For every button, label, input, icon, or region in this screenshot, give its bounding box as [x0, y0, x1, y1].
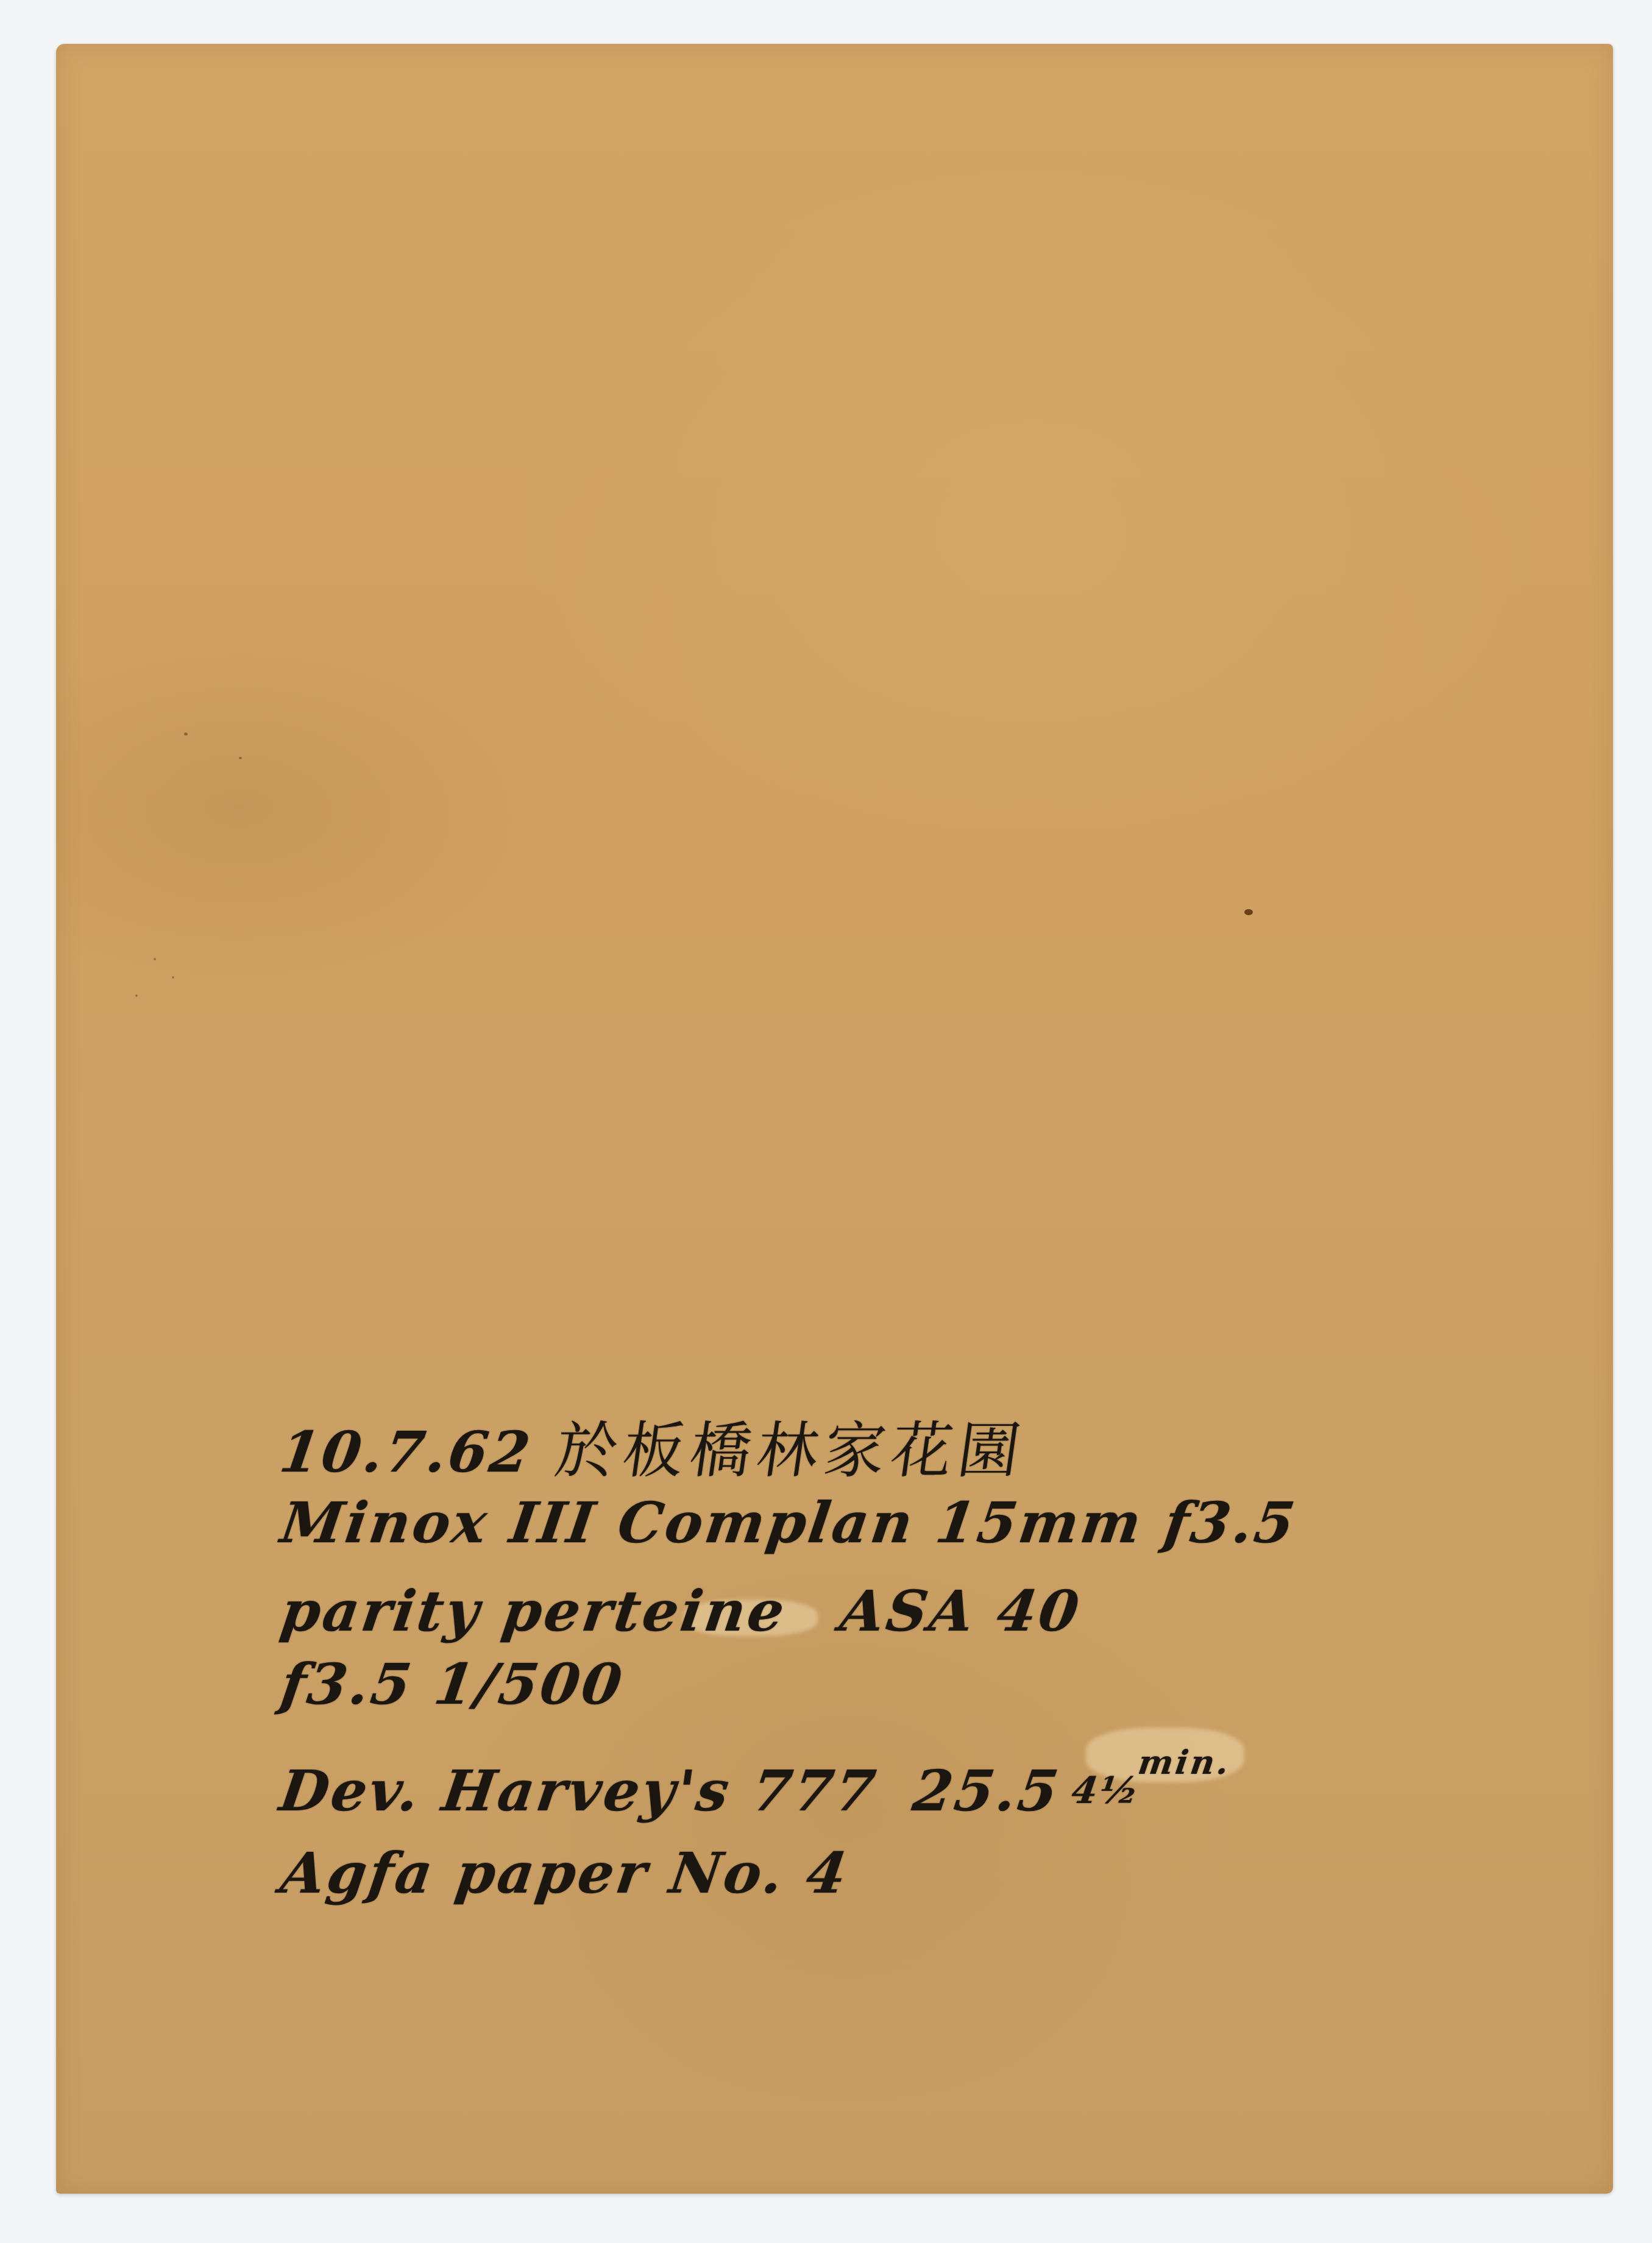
stain-speck [172, 976, 174, 979]
note-line-paper: Agfa paper No. 4 [277, 1840, 853, 1906]
stain-speck [1244, 909, 1253, 915]
note-line-date-location: 10.7.62於板橋林家花園 [275, 1401, 1032, 1489]
stain-speck [135, 994, 138, 997]
note-dev-unit: min. [1136, 1743, 1234, 1782]
note-film-name: parity perteine [277, 1578, 790, 1644]
note-line-exposure: f3.5 1/500 [277, 1651, 628, 1717]
note-date: 10.7.62 [276, 1419, 536, 1485]
note-dev-time: 4½ [1069, 1770, 1143, 1812]
note-line-developer: Dev. Harvey's 77725.54½min. [276, 1743, 1234, 1824]
note-dev-value: 25.5 [909, 1758, 1065, 1824]
note-line-camera: Minox III Complan 15mm f3.5 [277, 1490, 1300, 1556]
stain-speck [239, 757, 242, 759]
note-film-speed: ASA 40 [836, 1578, 1085, 1644]
stain-speck [184, 732, 188, 735]
note-line-film: parity perteineASA 40 [277, 1578, 1085, 1644]
stain-speck [154, 958, 156, 960]
note-developer: Dev. Harvey's 777 [276, 1758, 882, 1824]
note-location: 於板橋林家花園 [551, 1415, 1030, 1486]
